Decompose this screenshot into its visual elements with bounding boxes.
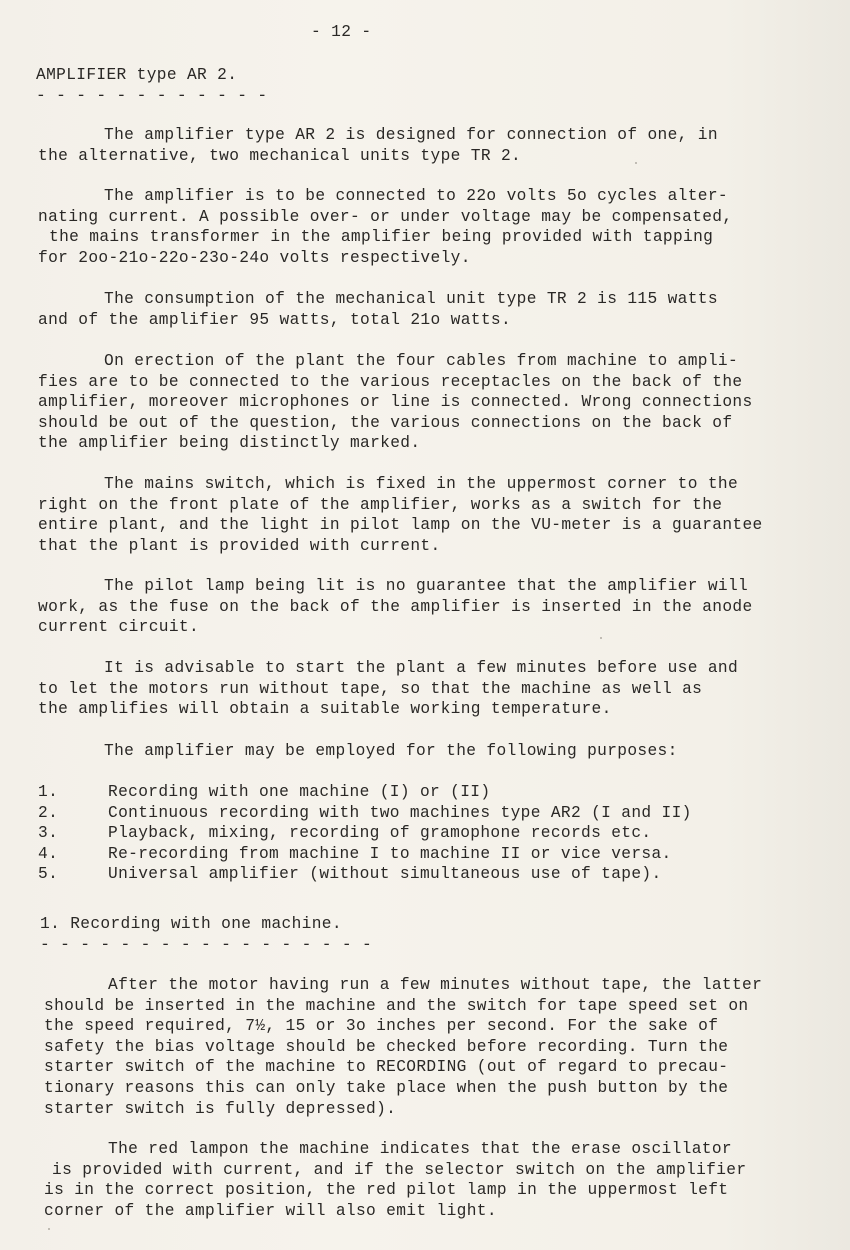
- paragraph-line: starter switch is fully depressed).: [44, 1099, 396, 1119]
- paragraph-line: nating current. A possible over- or unde…: [38, 207, 732, 227]
- paragraph-line: work, as the fuse on the back of the amp…: [38, 597, 753, 617]
- list-item-number: 4.: [38, 844, 58, 864]
- document-page: - 12 - AMPLIFIER type AR 2. - - - - - - …: [0, 0, 850, 1250]
- title-underline: - - - - - - - - - - - -: [36, 86, 267, 106]
- paragraph-line: On erection of the plant the four cables…: [104, 351, 738, 371]
- paragraph-line: fies are to be connected to the various …: [38, 372, 743, 392]
- paragraph-line: right on the front plate of the amplifie…: [38, 495, 722, 515]
- paragraph-line: starter switch of the machine to RECORDI…: [44, 1057, 728, 1077]
- list-item-text: Playback, mixing, recording of gramophon…: [108, 823, 651, 843]
- paragraph-line: and of the amplifier 95 watts, total 21o…: [38, 310, 511, 330]
- page-number: - 12 -: [311, 22, 371, 42]
- paragraph-line: is in the correct position, the red pilo…: [44, 1180, 728, 1200]
- paragraph-line: the mains transformer in the amplifier b…: [49, 227, 713, 247]
- list-item-number: 5.: [38, 864, 58, 884]
- list-item-text: Universal amplifier (without simultaneou…: [108, 864, 662, 884]
- list-item-number: 1.: [38, 782, 58, 802]
- paragraph-line: the alternative, two mechanical units ty…: [38, 146, 521, 166]
- paragraph-line: It is advisable to start the plant a few…: [104, 658, 738, 678]
- paragraph-line: safety the bias voltage should be checke…: [44, 1037, 728, 1057]
- paragraph-line: to let the motors run without tape, so t…: [38, 679, 702, 699]
- paragraph-line: should be inserted in the machine and th…: [44, 996, 749, 1016]
- paragraph-line: entire plant, and the light in pilot lam…: [38, 515, 763, 535]
- list-item-text: Re-recording from machine I to machine I…: [108, 844, 672, 864]
- section-underline: - - - - - - - - - - - - - - - - -: [40, 935, 372, 955]
- paragraph-line: The pilot lamp being lit is no guarantee…: [104, 576, 748, 596]
- paragraph-line: tionary reasons this can only take place…: [44, 1078, 728, 1098]
- paragraph-line: The consumption of the mechanical unit t…: [104, 289, 718, 309]
- paragraph-line: for 2oo-21o-22o-23o-24o volts respective…: [38, 248, 471, 268]
- section-heading: 1. Recording with one machine.: [40, 914, 342, 934]
- paragraph-line: The amplifier type AR 2 is designed for …: [104, 125, 718, 145]
- paragraph-line: corner of the amplifier will also emit l…: [44, 1201, 497, 1221]
- paragraph-line: the speed required, 7½, 15 or 3o inches …: [44, 1016, 718, 1036]
- paper-speck: [48, 1228, 50, 1230]
- list-item-number: 2.: [38, 803, 58, 823]
- paragraph-line: The red lampon the machine indicates tha…: [108, 1139, 732, 1159]
- document-title: AMPLIFIER type AR 2.: [36, 65, 237, 85]
- list-item-number: 3.: [38, 823, 58, 843]
- list-item-text: Continuous recording with two machines t…: [108, 803, 692, 823]
- paragraph-line: amplifier, moreover microphones or line …: [38, 392, 753, 412]
- list-item-text: Recording with one machine (I) or (II): [108, 782, 490, 802]
- paragraph-line: should be out of the question, the vario…: [38, 413, 732, 433]
- paragraph-line: The mains switch, which is fixed in the …: [104, 474, 738, 494]
- paragraph-line: is provided with current, and if the sel…: [52, 1160, 746, 1180]
- paragraph-line: After the motor having run a few minutes…: [108, 975, 762, 995]
- paragraph-line: that the plant is provided with current.: [38, 536, 441, 556]
- paragraph-line: the amplifies will obtain a suitable wor…: [38, 699, 612, 719]
- paper-speck: [635, 162, 637, 164]
- paper-speck: [600, 637, 602, 639]
- paragraph-line: The amplifier is to be connected to 22o …: [104, 186, 728, 206]
- paragraph-line: the amplifier being distinctly marked.: [38, 433, 420, 453]
- paragraph-line: The amplifier may be employed for the fo…: [104, 741, 678, 761]
- paragraph-line: current circuit.: [38, 617, 199, 637]
